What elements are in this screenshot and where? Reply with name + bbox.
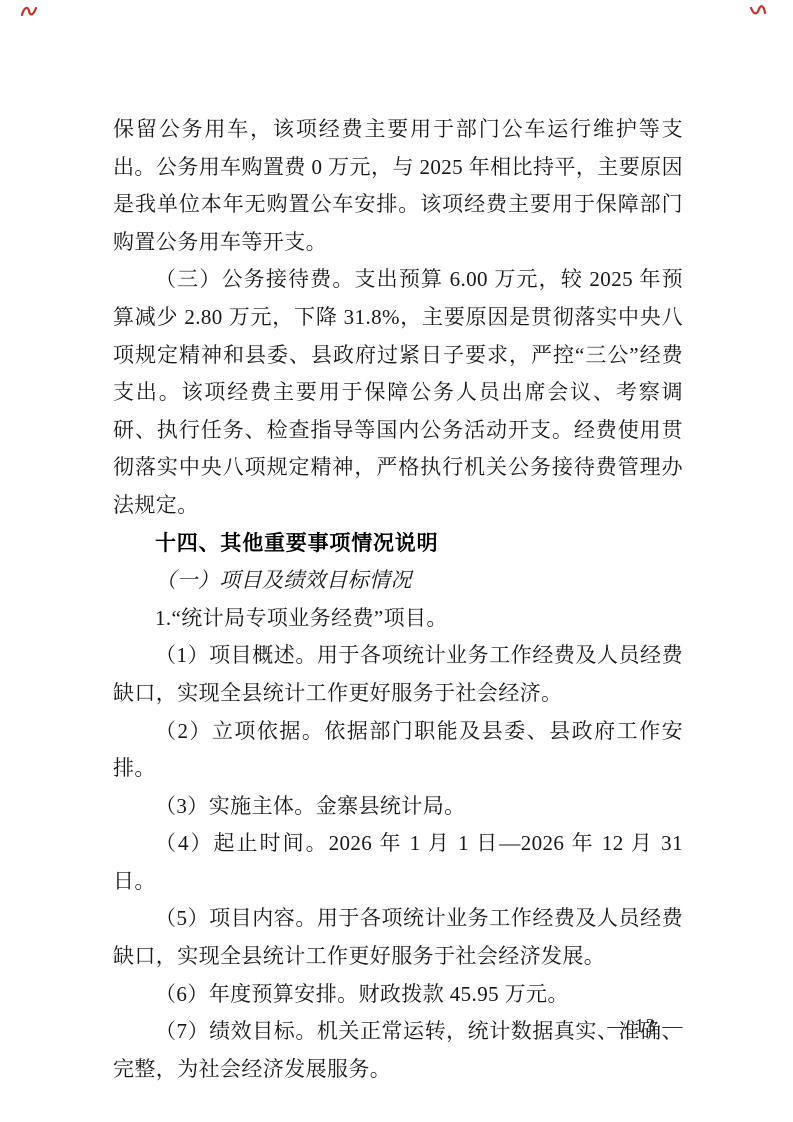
red-scribble-mark-top-left [20, 4, 38, 19]
paragraph: 保留公务用车，该项经费主要用于部门公车运行维护等支出。公务用车购置费 0 万元，… [113, 111, 683, 261]
section-heading: 十四、其他重要事项情况说明 [113, 525, 683, 563]
paragraph: （4）起止时间。2026 年 1 月 1 日—2026 年 12 月 31 日。 [113, 825, 683, 900]
paragraph: （6）年度预算安排。财政拨款 45.95 万元。 [113, 976, 683, 1014]
paragraph: （2）立项依据。依据部门职能及县委、县政府工作安排。 [113, 713, 683, 788]
paragraph: （3）实施主体。金寨县统计局。 [113, 788, 683, 826]
document-page: 保留公务用车，该项经费主要用于部门公车运行维护等支出。公务用车购置费 0 万元，… [0, 0, 793, 1122]
red-scribble-mark-top-right [749, 3, 767, 18]
page-number: — 13 — [593, 1013, 698, 1039]
red-mark-stroke [22, 8, 36, 15]
paragraph: （1）项目概述。用于各项统计业务工作经费及人员经费缺口，实现全县统计工作更好服务… [113, 637, 683, 712]
red-mark-stroke [751, 6, 765, 13]
document-body: 保留公务用车，该项经费主要用于部门公车运行维护等支出。公务用车购置费 0 万元，… [113, 111, 683, 1088]
subsection-heading: （一）项目及绩效目标情况 [113, 562, 683, 600]
paragraph: （5）项目内容。用于各项统计业务工作经费及人员经费缺口，实现全县统计工作更好服务… [113, 900, 683, 975]
paragraph: （三）公务接待费。支出预算 6.00 万元，较 2025 年预算减少 2.80 … [113, 261, 683, 524]
paragraph: 1.“统计局专项业务经费”项目。 [113, 600, 683, 638]
